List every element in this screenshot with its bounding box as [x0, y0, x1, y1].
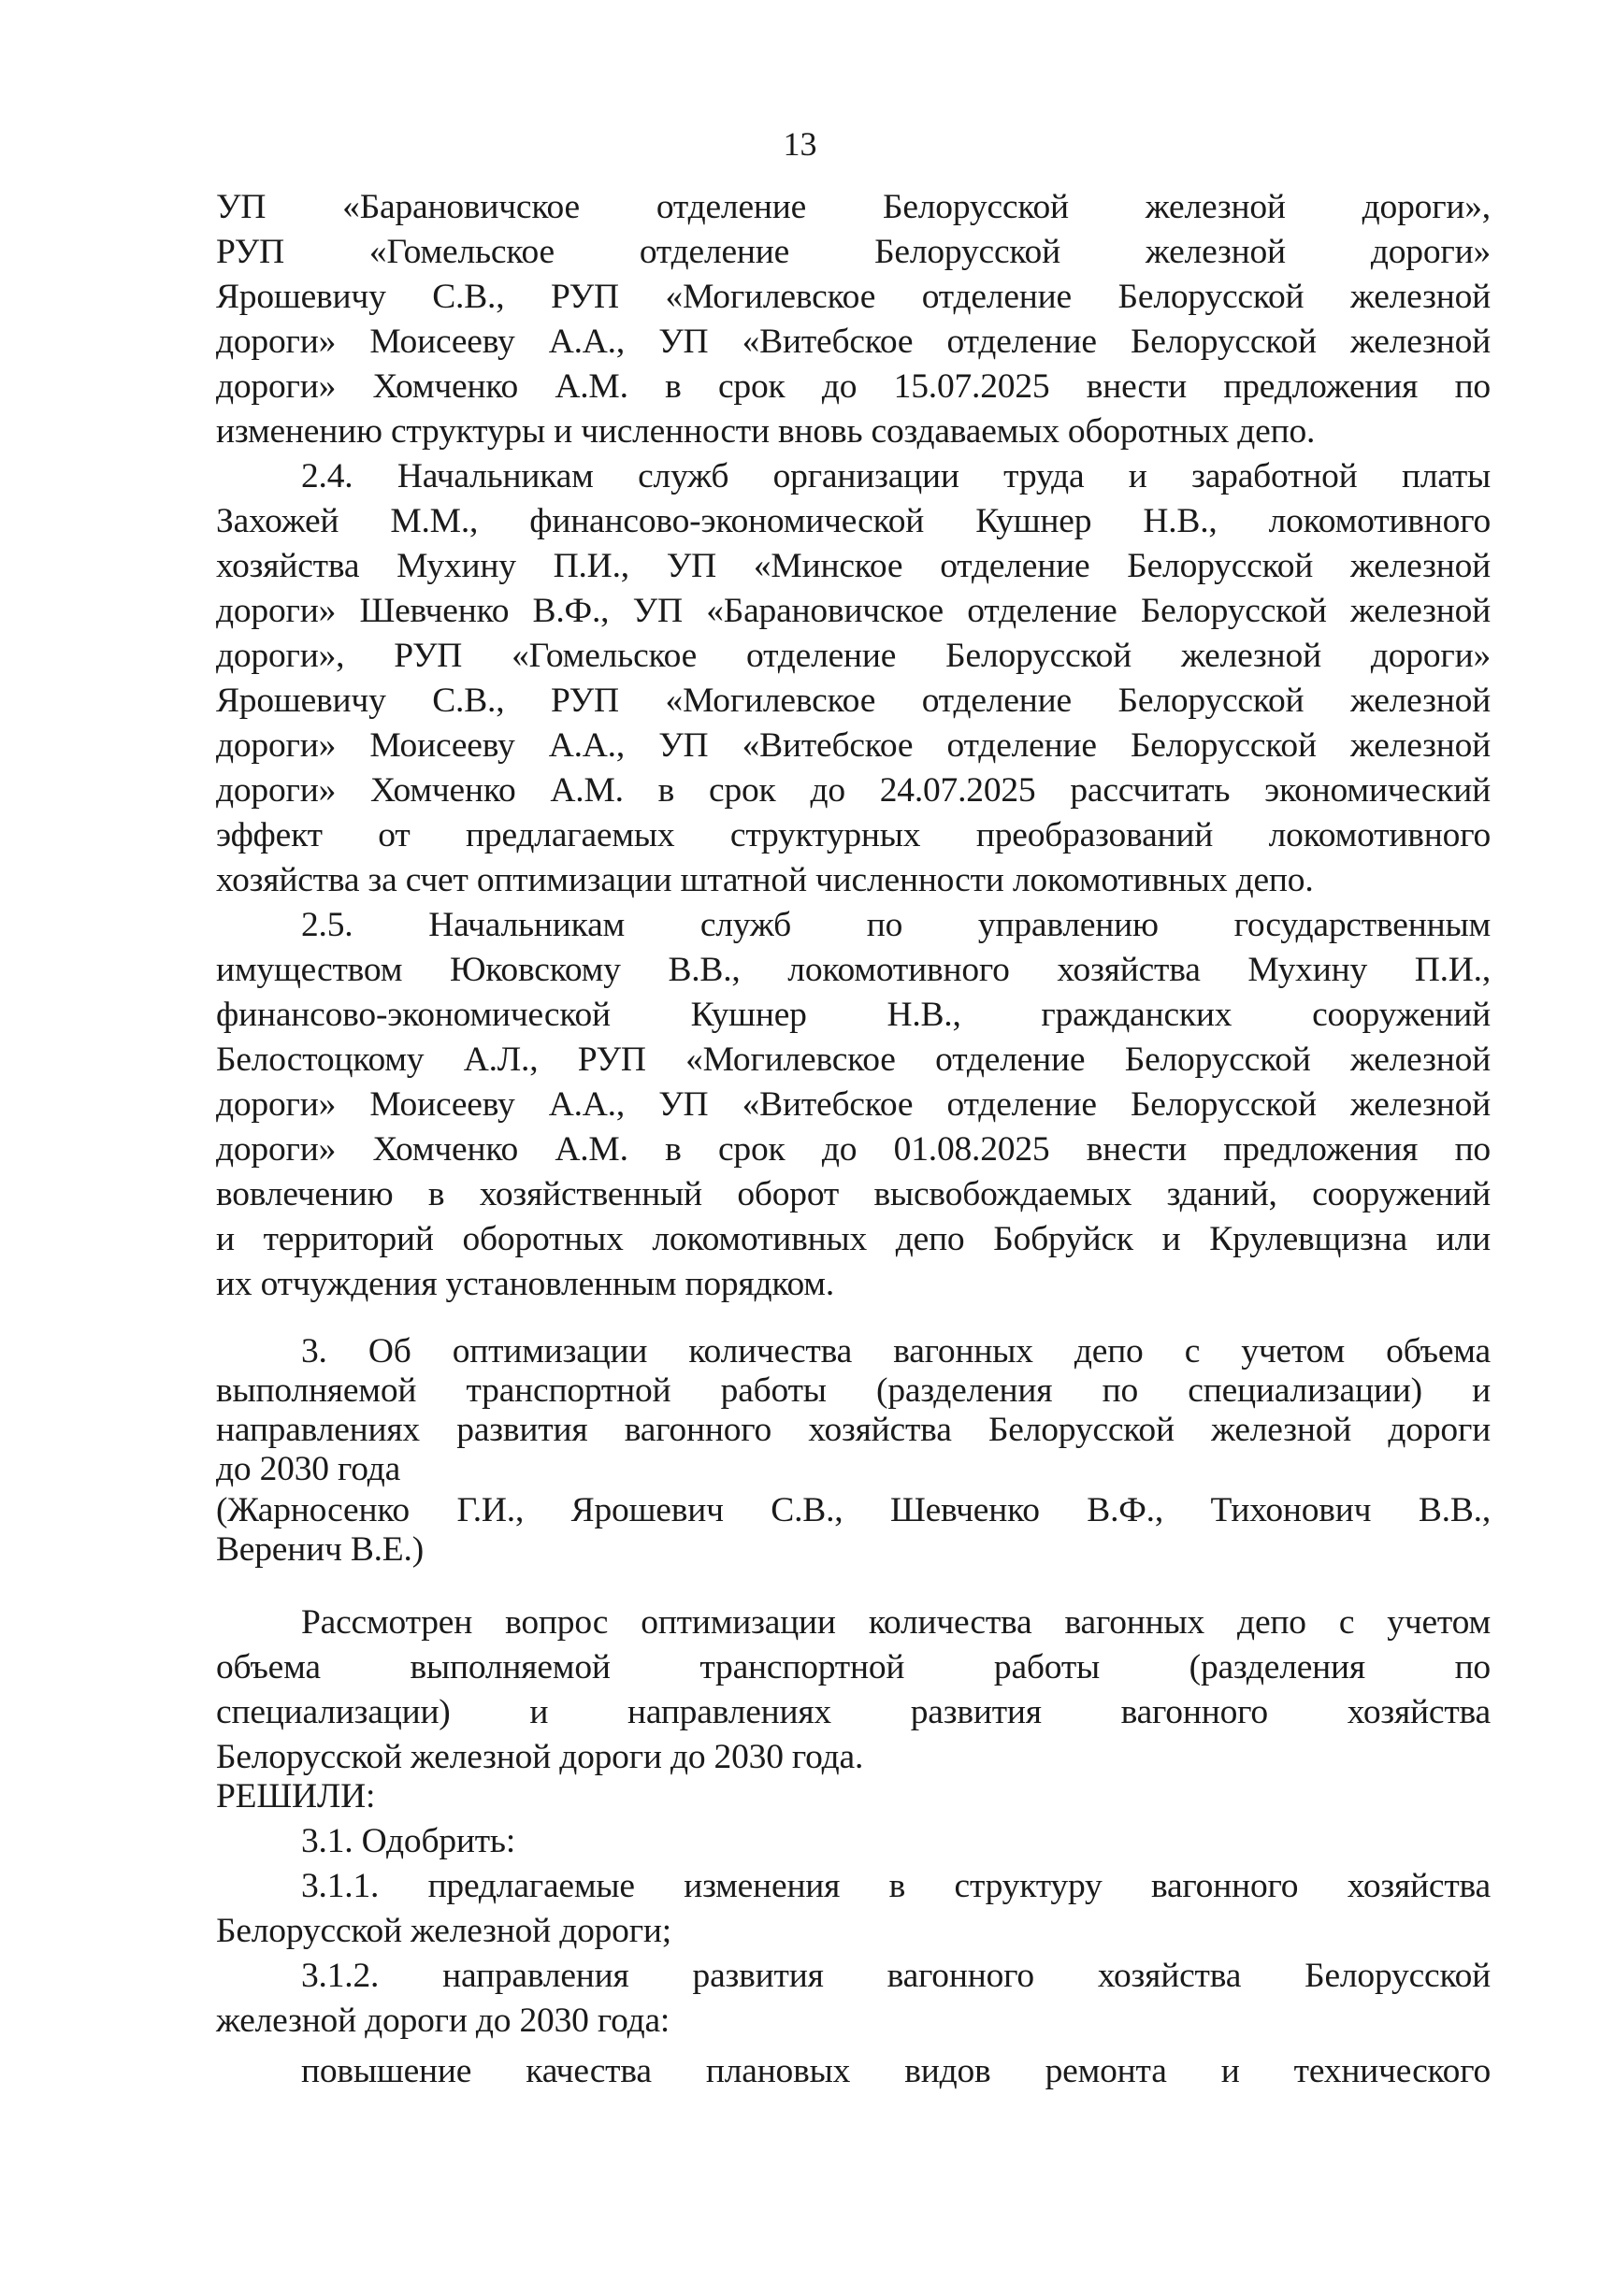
text-line: УП «Барановичское отделение Белорусской … [216, 187, 1491, 228]
text-line: дороги» Хомченко А.М. в срок до 15.07.20… [216, 366, 1491, 408]
text-line: 3.1. Одобрить: [301, 1821, 1491, 1862]
text-line: дороги» Моисееву А.А., УП «Витебское отд… [216, 322, 1491, 363]
text-line: эффект от предлагаемых структурных преоб… [216, 815, 1491, 856]
text-line: до 2030 года [216, 1449, 1491, 1490]
text-line: и территорий оборотных локомотивных депо… [216, 1219, 1491, 1260]
text-line: изменению структуры и численности вновь … [216, 411, 1491, 452]
text-line: железной дороги до 2030 года: [216, 2001, 1491, 2042]
text-line: 3.1.1. предлагаемые изменения в структур… [301, 1866, 1491, 1907]
text-line: Белостоцкому А.Л., РУП «Могилевское отде… [216, 1040, 1491, 1081]
text-line: хозяйства за счет оптимизации штатной чи… [216, 860, 1491, 901]
page-number: 13 [0, 125, 1600, 163]
text-line: выполняемой транспортной работы (разделе… [216, 1370, 1491, 1412]
text-line: Ярошевичу С.В., РУП «Могилевское отделен… [216, 681, 1491, 722]
text-line: направлениях развития вагонного хозяйств… [216, 1410, 1491, 1451]
text-line: имуществом Юковскому В.В., локомотивного… [216, 950, 1491, 991]
text-line: РУП «Гомельское отделение Белорусской же… [216, 232, 1491, 273]
text-line: финансово-экономической Кушнер Н.В., гра… [216, 995, 1491, 1036]
text-line: дороги» Шевченко В.Ф., УП «Барановичское… [216, 591, 1491, 632]
text-line: 2.4. Начальникам служб организации труда… [301, 456, 1491, 497]
text-line: РЕШИЛИ: [216, 1776, 1491, 1817]
text-line: повышение качества плановых видов ремонт… [301, 2051, 1491, 2092]
text-line: дороги» Моисееву А.А., УП «Витебское отд… [216, 1084, 1491, 1126]
text-line: 2.5. Начальникам служб по управлению гос… [301, 905, 1491, 946]
text-line: дороги» Моисееву А.А., УП «Витебское отд… [216, 725, 1491, 767]
text-line: специализации) и направлениях развития в… [216, 1692, 1491, 1733]
text-line: Белорусской железной дороги; [216, 1911, 1491, 1952]
text-line: дороги», РУП «Гомельское отделение Белор… [216, 636, 1491, 677]
text-line: Рассмотрен вопрос оптимизации количества… [301, 1602, 1491, 1643]
text-line: 3.1.2. направления развития вагонного хо… [301, 1956, 1491, 1997]
text-line: Белорусской железной дороги до 2030 года… [216, 1737, 1491, 1778]
text-line: дороги» Хомченко А.М. в срок до 01.08.20… [216, 1129, 1491, 1170]
text-line: вовлечению в хозяйственный оборот высвоб… [216, 1174, 1491, 1215]
text-line: дороги» Хомченко А.М. в срок до 24.07.20… [216, 770, 1491, 811]
text-line: Ярошевичу С.В., РУП «Могилевское отделен… [216, 277, 1491, 318]
text-line: 3. Об оптимизации количества вагонных де… [301, 1331, 1491, 1372]
text-line: хозяйства Мухину П.И., УП «Минское отдел… [216, 546, 1491, 587]
text-line: Захожей М.М., финансово-экономической Ку… [216, 501, 1491, 542]
text-line: Веренич В.Е.) [216, 1529, 1491, 1571]
text-line: объема выполняемой транспортной работы (… [216, 1647, 1491, 1688]
text-line: (Жарносенко Г.И., Ярошевич С.В., Шевченк… [216, 1490, 1491, 1531]
text-line: их отчуждения установленным порядком. [216, 1264, 1491, 1305]
